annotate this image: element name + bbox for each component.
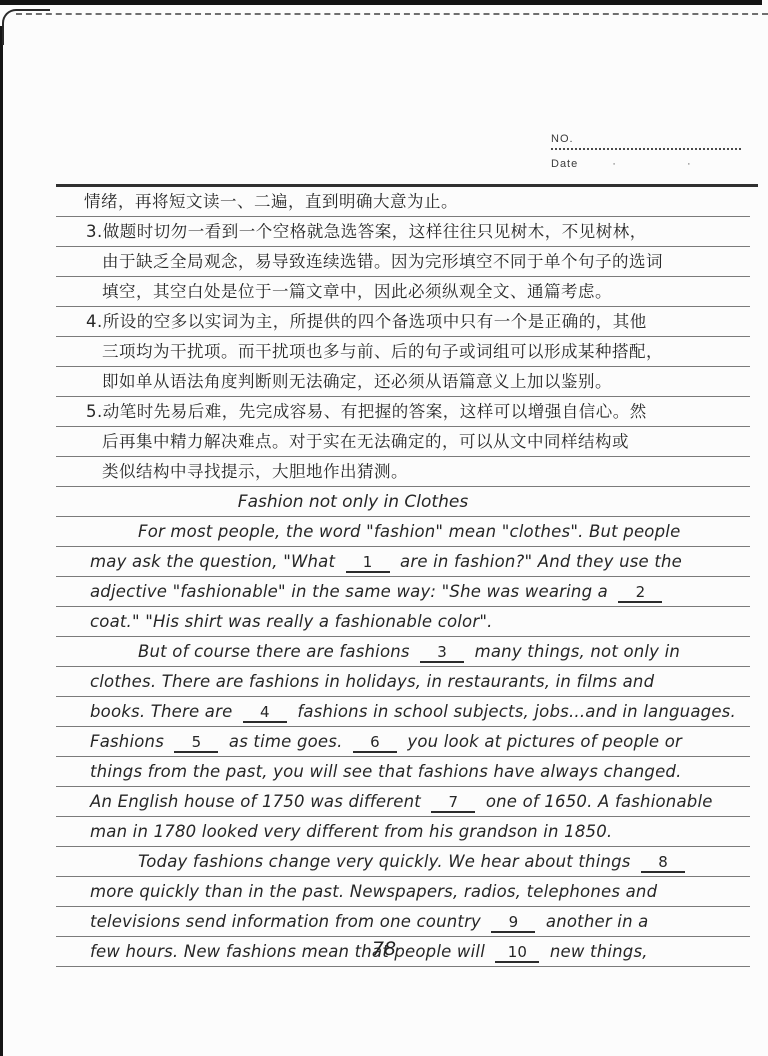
- essay-line: may ask the question, "What 1 are in fas…: [56, 547, 750, 577]
- cn-note-line: 三项均为干扰项。而干扰项也多与前、后的句子或词组可以形成某种搭配，: [56, 337, 750, 367]
- essay-line: Fashions 5 as time goes. 6 you look at p…: [56, 727, 750, 757]
- essay-line: But of course there are fashions 3 many …: [56, 637, 750, 667]
- essay-line: clothes. There are fashions in holidays,…: [56, 667, 750, 697]
- date-dots: · ·: [612, 158, 724, 170]
- essay-title: Fashion not only in Clothes: [56, 487, 750, 517]
- notebook-top-dashed-line: [16, 13, 768, 15]
- cloze-blank-3: 3: [420, 645, 464, 663]
- cn-note-line: 4.所设的空多以实词为主，所提供的四个备选项中只有一个是正确的，其他: [56, 307, 750, 337]
- essay-line: things from the past, you will see that …: [56, 757, 750, 787]
- scanned-notebook-page: NO. Date · · 情绪，再将短文读一、二遍，直到明确大意为止。 3.做题…: [0, 0, 768, 1056]
- page-number: 78: [0, 938, 768, 960]
- notebook-corner-outline: [2, 9, 50, 45]
- cloze-blank-1: 1: [346, 555, 390, 573]
- cloze-blank-4: 4: [243, 705, 287, 723]
- date-label: Date: [551, 158, 578, 170]
- cn-note-line: 填空，其空白处是位于一篇文章中，因此必须纵观全文、通篇考虑。: [56, 277, 750, 307]
- essay-line: televisions send information from one co…: [56, 907, 750, 937]
- cloze-blank-6: 6: [353, 735, 397, 753]
- essay-line: coat." "His shirt was really a fashionab…: [56, 607, 750, 637]
- essay-line: Today fashions change very quickly. We h…: [56, 847, 750, 877]
- scan-left-edge: [0, 26, 3, 1056]
- cn-note-line: 即如单从语法角度判断则无法确定，还必须从语篇意义上加以鉴别。: [56, 367, 750, 397]
- cn-note-line: 情绪，再将短文读一、二遍，直到明确大意为止。: [56, 187, 750, 217]
- no-dotted-line: [551, 148, 741, 150]
- essay-line: An English house of 1750 was different 7…: [56, 787, 750, 817]
- scan-top-edge: [0, 0, 762, 5]
- cn-note-line: 由于缺乏全局观念，易导致连续选错。因为完形填空不同于单个句子的选词: [56, 247, 750, 277]
- notebook-header: NO. Date · ·: [551, 133, 743, 170]
- cn-note-line: 3.做题时切勿一看到一个空格就急选答案，这样往往只见树木，不见树林，: [56, 217, 750, 247]
- cn-note-line: 类似结构中寻找提示，大胆地作出猜测。: [56, 457, 750, 487]
- cn-note-line: 后再集中精力解决难点。对于实在无法确定的，可以从文中同样结构或: [56, 427, 750, 457]
- essay-line: man in 1780 looked very different from h…: [56, 817, 750, 847]
- cloze-blank-2: 2: [618, 585, 662, 603]
- essay-line: books. There are 4 fashions in school su…: [56, 697, 750, 727]
- essay-line: more quickly than in the past. Newspaper…: [56, 877, 750, 907]
- cloze-blank-7: 7: [431, 795, 475, 813]
- cn-note-line: 5.动笔时先易后难，先完成容易、有把握的答案，这样可以增强自信心。然: [56, 397, 750, 427]
- no-label: NO.: [551, 133, 743, 145]
- essay-line: adjective "fashionable" in the same way:…: [56, 577, 750, 607]
- cloze-blank-5: 5: [174, 735, 218, 753]
- cloze-blank-9: 9: [491, 915, 535, 933]
- cloze-blank-8: 8: [641, 855, 685, 873]
- essay-line: For most people, the word "fashion" mean…: [56, 517, 750, 547]
- writing-area: 情绪，再将短文读一、二遍，直到明确大意为止。 3.做题时切勿一看到一个空格就急选…: [56, 187, 750, 967]
